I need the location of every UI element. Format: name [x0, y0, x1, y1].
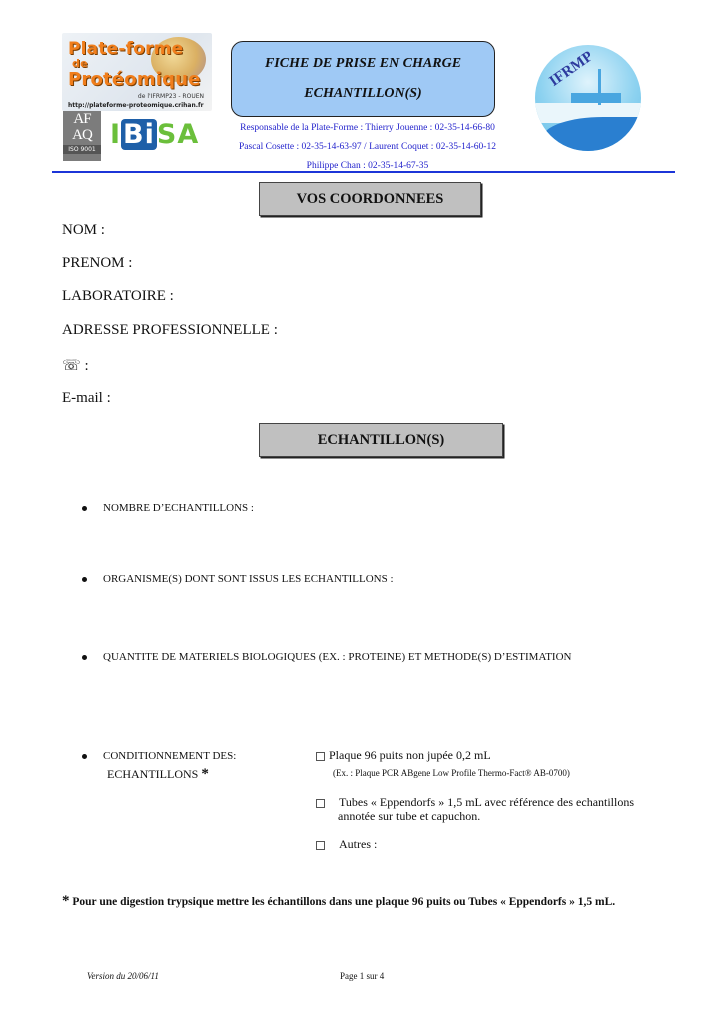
option-tubes-line2: annotée sur tube et capuchon. — [338, 809, 480, 824]
field-nom[interactable]: NOM : — [62, 222, 105, 239]
ibisa-left: I — [110, 119, 121, 150]
form-title-line1: FICHE DE PRISE EN CHARGE — [232, 56, 494, 72]
bullet-icon — [82, 506, 87, 511]
contact-line: Responsable de la Plate-Forme : Thierry … — [225, 121, 510, 140]
afaq-line1: AF — [63, 111, 101, 127]
checkbox-icon[interactable] — [316, 799, 325, 808]
ibisa-box: Bi — [121, 119, 157, 150]
option-plaque-96[interactable]: Plaque 96 puits non jupée 0,2 mL — [316, 748, 491, 763]
logo-text-line1: Plate-forme — [68, 39, 183, 59]
option-label: Tubes « Eppendorfs » 1,5 mL avec référen… — [339, 795, 634, 809]
option-tubes-eppendorf[interactable]: Tubes « Eppendorfs » 1,5 mL avec référen… — [316, 795, 634, 810]
contact-line: Pascal Cosette : 02-35-14-63-97 / Lauren… — [225, 140, 510, 159]
logo-text-line3: Protéomique — [68, 69, 201, 90]
list-item-conditionnement: CONDITIONNEMENT DES: — [82, 750, 236, 762]
bullet-icon — [82, 754, 87, 759]
item-label: QUANTITE DE MATERIELS BIOLOGIQUES (EX. :… — [103, 651, 571, 663]
item-label: NOMBRE D’ECHANTILLONS : — [103, 502, 254, 514]
footnote-text: Pour une digestion trypsique mettre les … — [70, 896, 616, 908]
phone-icon: ☏ : — [62, 358, 89, 374]
field-laboratoire[interactable]: LABORATOIRE : — [62, 288, 174, 305]
form-title-line2: ECHANTILLON(S) — [232, 86, 494, 102]
afaq-iso: ISO 9001 — [63, 145, 101, 154]
logo-skyline — [571, 93, 621, 103]
section-heading-echantillons: ECHANTILLON(S) — [259, 423, 503, 457]
field-email[interactable]: E-mail : — [62, 390, 111, 407]
option-label: Plaque 96 puits non jupée 0,2 mL — [329, 748, 491, 762]
afaq-iso-logo: AF AQ ISO 9001 — [63, 111, 101, 161]
field-adresse[interactable]: ADRESSE PROFESSIONNELLE : — [62, 322, 278, 339]
conditionnement-label-line2: ECHANTILLONS * — [107, 766, 209, 783]
logo-url: http://plateforme-proteomique.crihan.fr — [68, 102, 204, 109]
bullet-icon — [82, 577, 87, 582]
ifrmp-text: IFRMP — [547, 48, 597, 90]
ibisa-right: SA — [157, 119, 199, 150]
item-label: CONDITIONNEMENT DES: — [103, 750, 236, 762]
footnote: * Pour une digestion trypsique mettre le… — [62, 893, 615, 910]
option-plaque-note: (Ex. : Plaque PCR ABgene Low Profile The… — [333, 768, 570, 778]
form-title-box: FICHE DE PRISE EN CHARGE ECHANTILLON(S) — [231, 41, 495, 117]
bullet-icon — [82, 655, 87, 660]
page-number: Page 1 sur 4 — [340, 971, 384, 981]
header-divider — [52, 171, 675, 173]
ibisa-logo: IBiSA — [110, 118, 210, 152]
asterisk-marker: * — [201, 766, 209, 782]
field-prenom[interactable]: PRENOM : — [62, 255, 132, 272]
afaq-line2: AQ — [63, 127, 101, 143]
option-label: Autres : — [339, 837, 377, 851]
option-autres[interactable]: Autres : — [316, 837, 377, 852]
contact-list: Responsable de la Plate-Forme : Thierry … — [225, 121, 510, 178]
asterisk-marker: * — [62, 893, 70, 909]
contact-line: Philippe Chan : 02-35-14-67-35 — [225, 159, 510, 178]
list-item-nombre[interactable]: NOMBRE D’ECHANTILLONS : — [82, 502, 254, 514]
checkbox-icon[interactable] — [316, 752, 325, 761]
logo-subtitle: de l'IFRMP23 - ROUEN — [138, 93, 204, 100]
list-item-organisme[interactable]: ORGANISME(S) DONT SONT ISSUS LES ECHANTI… — [82, 573, 394, 585]
logo-spire — [598, 69, 601, 105]
item-label: ORGANISME(S) DONT SONT ISSUS LES ECHANTI… — [103, 573, 394, 585]
field-telephone[interactable]: ☏ : — [62, 356, 89, 375]
section-heading-coordonnees: VOS COORDONNEES — [259, 182, 481, 216]
plateforme-proteomique-logo: Plate-forme de Protéomique de l'IFRMP23 … — [62, 33, 212, 111]
list-item-quantite[interactable]: QUANTITE DE MATERIELS BIOLOGIQUES (EX. :… — [82, 651, 571, 663]
item-label: ECHANTILLONS — [107, 767, 198, 781]
version-label: Version du 20/06/11 — [87, 971, 159, 981]
checkbox-icon[interactable] — [316, 841, 325, 850]
ifrmp-logo: IFRMP — [535, 45, 641, 151]
